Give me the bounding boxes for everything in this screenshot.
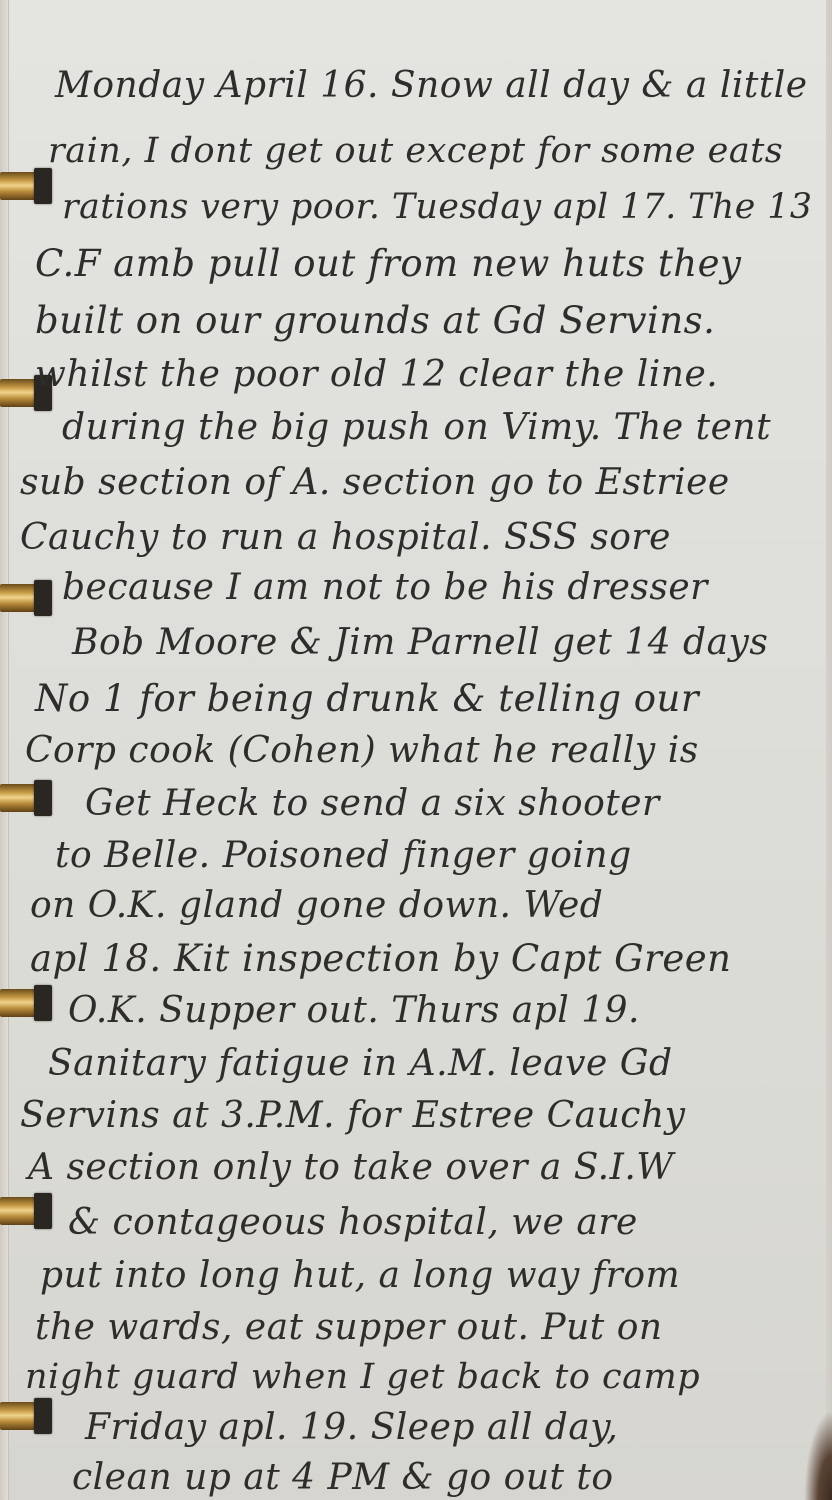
diary-line: the wards, eat supper out. Put on [35,1310,663,1346]
diary-text: Monday April 16. Snow all day & a little… [0,0,832,1500]
diary-line: Corp cook (Cohen) what he really is [25,733,699,769]
diary-line: built on our grounds at Gd Servins. [35,302,715,339]
diary-line: Friday apl. 19. Sleep all day, [85,1410,618,1446]
diary-line: put into long hut, a long way from [40,1258,680,1294]
diary-line: sub section of A. section go to Estriee [20,465,730,501]
diary-line: & contageous hospital, we are [68,1205,638,1241]
diary-line: Bob Moore & Jim Parnell get 14 days [72,625,768,661]
diary-line: whilst the poor old 12 clear the line. [35,357,718,393]
diary-line: Servins at 3.P.M. for Estree Cauchy [20,1098,685,1134]
diary-line: because I am not to be his dresser [62,570,708,606]
diary-line: Cauchy to run a hospital. SSS sore [20,520,671,556]
diary-line: Monday April 16. Snow all day & a little [55,68,808,104]
diary-page: Monday April 16. Snow all day & a little… [0,0,832,1500]
diary-line: night guard when I get back to camp [25,1360,700,1395]
diary-line: during the big push on Vimy. The tent [62,410,771,446]
diary-line: O.K. Supper out. Thurs apl 19. [68,993,640,1029]
diary-line: rain, I dont get out except for some eat… [48,134,783,169]
diary-line: to Belle. Poisoned finger going [55,838,632,874]
diary-line: Get Heck to send a six shooter [85,786,660,822]
diary-line: on O.K. gland gone down. Wed [30,888,603,924]
diary-line: apl 18. Kit inspection by Capt Green [30,940,731,977]
diary-line: rations very poor. Tuesday apl 17. The 1… [62,190,812,225]
diary-line: C.F amb pull out from new huts they [35,245,741,282]
diary-line: No 1 for being drunk & telling our [35,680,699,717]
diary-line: clean up at 4 PM & go out to [72,1460,614,1496]
diary-line: Sanitary fatigue in A.M. leave Gd [48,1046,673,1082]
diary-line: A section only to take over a S.I.W [28,1150,674,1186]
